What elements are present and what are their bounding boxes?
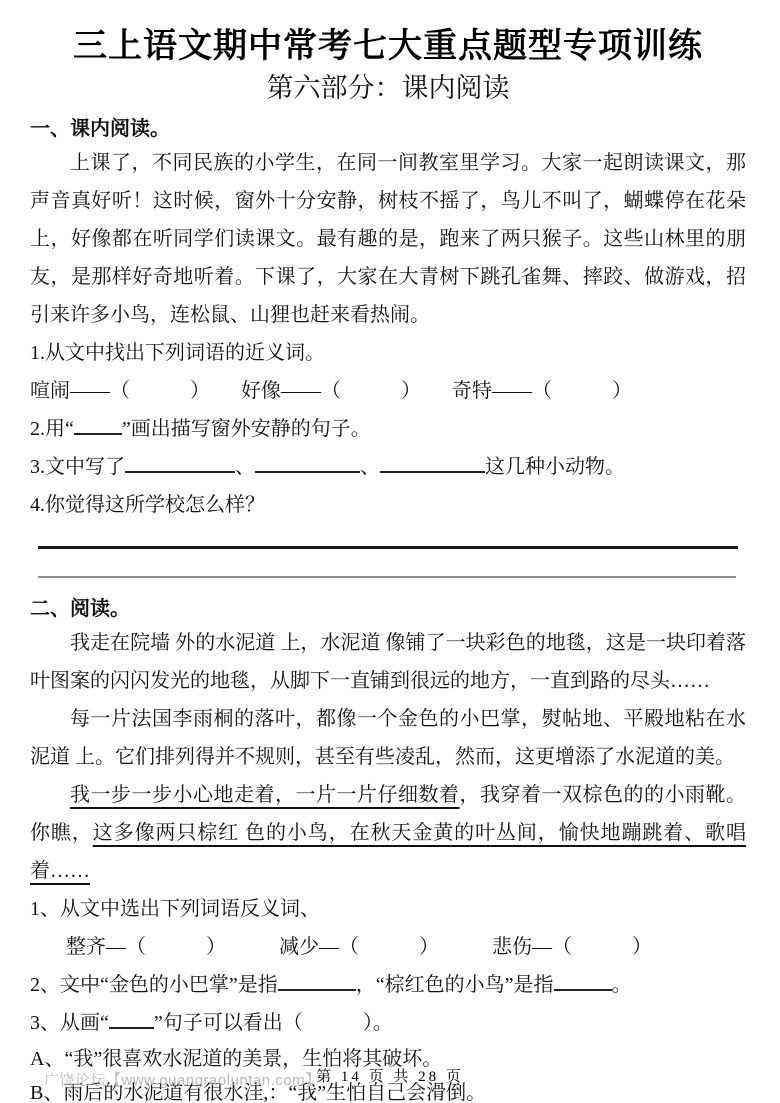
antonym-item[interactable]: 整齐—（ ） (66, 936, 226, 958)
section1-synonyms-row: 喧闹——（ ） 好像——（ ） 奇特——（ ） (30, 372, 746, 410)
section2-paragraph2: 每一片法国李雨桐的落叶，都像一个金色的小巴掌，熨帖地、平殿地粘在水泥道 上。它们… (30, 700, 746, 776)
question-text: 这几种小动物。 (485, 456, 625, 478)
answer-blank[interactable] (554, 969, 612, 991)
section2-paragraph3: 我一步一步小心地走着，一片一片仔细数着，我穿着一双棕色的的小雨靴。你瞧，这多像两… (30, 776, 746, 890)
question-text: “金色的小巴掌”是指 (100, 974, 278, 996)
question-text: 、 (235, 456, 255, 478)
antonym-item[interactable]: 减少—（ ） (279, 936, 439, 958)
question-text: 。 (612, 974, 632, 996)
synonym-item[interactable]: 好像——（ ） (241, 380, 421, 402)
section2-heading: 二、阅读。 (30, 594, 746, 624)
section2-paragraph1: 我走在院墙 外的水泥道 上，水泥道 像铺了一块彩色的地毯，这是一块印着落叶图案的… (30, 624, 746, 700)
question-text: 4.你觉得这所学校怎么样？ (30, 494, 265, 516)
question-text: 3.文中写了 (30, 456, 125, 478)
answer-blank[interactable] (255, 451, 360, 473)
underlined-sentence: 我一步一步小心地走着，一片一片仔细数着 (70, 784, 460, 806)
question-text: 1、从文中选出下列词语反义词、 (30, 898, 320, 920)
question-text: 3、从画“ (30, 1012, 109, 1034)
struck-text: 文中 (60, 974, 100, 996)
section1-question1: 1.从文中找出下列词语的近义词。 (30, 334, 746, 372)
question-text: 2.用“ (30, 418, 74, 440)
section2-question2: 2、文中“金色的小巴掌”是指，“棕红色的小鸟”是指。 (30, 966, 746, 1004)
question-text: 、 (360, 456, 380, 478)
underlined-sentence: 这多像两只棕红 色的小鸟，在秋天金黄的叶丛间，愉快地蹦跳着、歌唱着…… (30, 822, 746, 882)
question-text: ”句子可以看出（ ）。 (154, 1012, 393, 1034)
section1-heading: 一、课内阅读。 (30, 114, 746, 144)
synonym-item[interactable]: 喧闹——（ ） (30, 380, 210, 402)
section-divider-thin (38, 576, 736, 578)
worksheet-page: 三上语文期中常考七大重点题型专项训练 第六部分：课内阅读 一、课内阅读。 上课了… (0, 0, 780, 1103)
section-divider-thick (38, 546, 738, 549)
question-text: ”画出描写窗外安静的句子。 (122, 418, 371, 440)
section1-question3: 3.文中写了、、这几种小动物。 (30, 448, 746, 486)
antonym-item[interactable]: 悲伤—（ ） (492, 936, 652, 958)
section2-question3: 3、从画“”句子可以看出（ ）。 (30, 1004, 746, 1042)
answer-blank[interactable] (125, 451, 235, 473)
answer-blank[interactable] (109, 1007, 154, 1029)
section2-question1: 1、从文中选出下列词语反义词、 (30, 890, 746, 928)
question-number: 2、 (30, 974, 60, 996)
section1-question2: 2.用“”画出描写窗外安静的句子。 (30, 410, 746, 448)
page-title: 三上语文期中常考七大重点题型专项训练 (30, 24, 746, 68)
page-subtitle: 第六部分：课内阅读 (30, 70, 746, 106)
section1-passage: 上课了，不同民族的小学生，在同一间教室里学习。大家一起朗读课文，那声音真好听！这… (30, 144, 746, 334)
section2-antonyms-row: 整齐—（ ） 减少—（ ） 悲伤—（ ） (30, 928, 746, 966)
question-text: ，“棕红色的小鸟”是指 (356, 974, 554, 996)
synonym-item[interactable]: 奇特——（ ） (452, 380, 632, 402)
section1-question4: 4.你觉得这所学校怎么样？ (30, 486, 746, 524)
answer-blank[interactable] (380, 451, 485, 473)
answer-blank[interactable] (74, 413, 122, 435)
answer-blank[interactable] (278, 969, 356, 991)
page-number: 第 14 页 共 28 页 (0, 1065, 780, 1086)
question-text: 1.从文中找出下列词语的近义词。 (30, 342, 325, 364)
